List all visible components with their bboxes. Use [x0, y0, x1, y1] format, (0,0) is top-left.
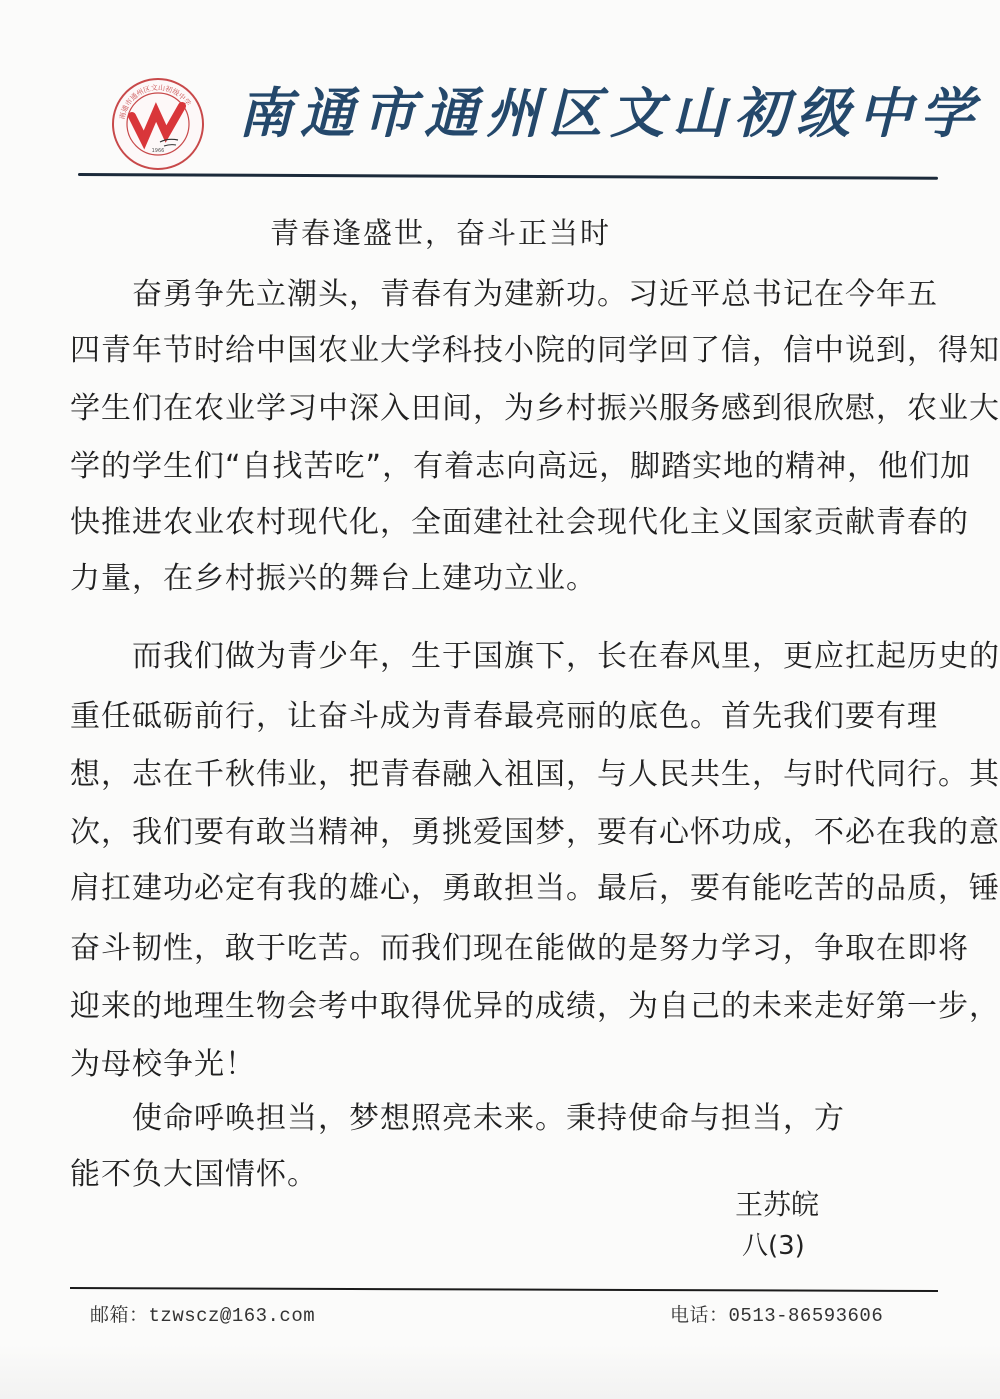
- school-logo: 1966 南通市通州区文山初级中学: [110, 76, 206, 172]
- letter-line: 奋斗韧性，敢于吃苦。而我们现在能做的是努力学习，争取在即将: [70, 921, 969, 977]
- scan-shadow: [0, 1345, 1000, 1399]
- footer-phone: 电话：0513-86593606: [670, 1300, 883, 1327]
- school-name-heading: 南通市通州区文山初级中学: [238, 78, 918, 148]
- letter-line: 能不负大国情怀。: [70, 1147, 318, 1203]
- letter-line: 重任砥砺前行，让奋斗成为青春最亮丽的底色。首先我们要有理: [70, 689, 938, 745]
- school-emblem-icon: 1966 南通市通州区文山初级中学: [110, 76, 206, 172]
- letter-line: 使命呼唤担当，梦想照亮未来。秉持使命与担当，方: [70, 1091, 845, 1147]
- letter-line: 四青年节时给中国农业大学科技小院的同学回了信，信中说到，得知: [70, 323, 1000, 379]
- letter-line: 力量，在乡村振兴的舞台上建功立业。: [70, 551, 597, 607]
- letter-line: 迎来的地理生物会考中取得优异的成绩，为自己的未来走好第一步，: [70, 979, 1000, 1035]
- email-address[interactable]: tzwscz@163.com: [149, 1305, 316, 1327]
- letter-line: 学的学生们“自找苦吃”，有着志向高远，脚踏实地的精神，他们加: [70, 439, 971, 495]
- letter-line: 奋勇争先立潮头，青春有为建新功。习近平总书记在今年五: [70, 267, 938, 323]
- header-divider: [78, 173, 938, 180]
- letter-line: 肩扛建功必定有我的雄心，勇敢担当。最后，要有能吃苦的品质，锤炼: [70, 861, 1000, 917]
- letter-line: 快推进农业农村现代化，全面建社社会现代化主义国家贡献青春的: [70, 495, 969, 551]
- author-signature: 王苏皖: [735, 1185, 819, 1225]
- svg-text:1966: 1966: [152, 148, 165, 154]
- letter-line: 学生们在农业学习中深入田间，为乡村振兴服务感到很欣慰，农业大: [70, 381, 1000, 437]
- phone-label: 电话：: [670, 1304, 729, 1326]
- footer-divider: [70, 1287, 938, 1292]
- author-class: 八(3): [742, 1228, 805, 1264]
- letter-title: 青春逢盛世，奋斗正当时: [270, 205, 611, 261]
- letter-line: 为母校争光！: [70, 1037, 256, 1093]
- phone-number: 0513-86593606: [729, 1305, 884, 1327]
- footer-email: 邮箱：tzwscz@163.com: [90, 1300, 315, 1327]
- letter-line: 次，我们要有敢当精神，勇挑爱国梦，要有心怀功成，不必在我的意念，: [70, 805, 1000, 861]
- email-label: 邮箱：: [90, 1304, 149, 1326]
- letter-line: 想，志在千秋伟业，把青春融入祖国，与人民共生，与时代同行。其: [70, 747, 1000, 803]
- letter-line: 而我们做为青少年，生于国旗下，长在春风里，更应扛起历史的: [70, 629, 1000, 685]
